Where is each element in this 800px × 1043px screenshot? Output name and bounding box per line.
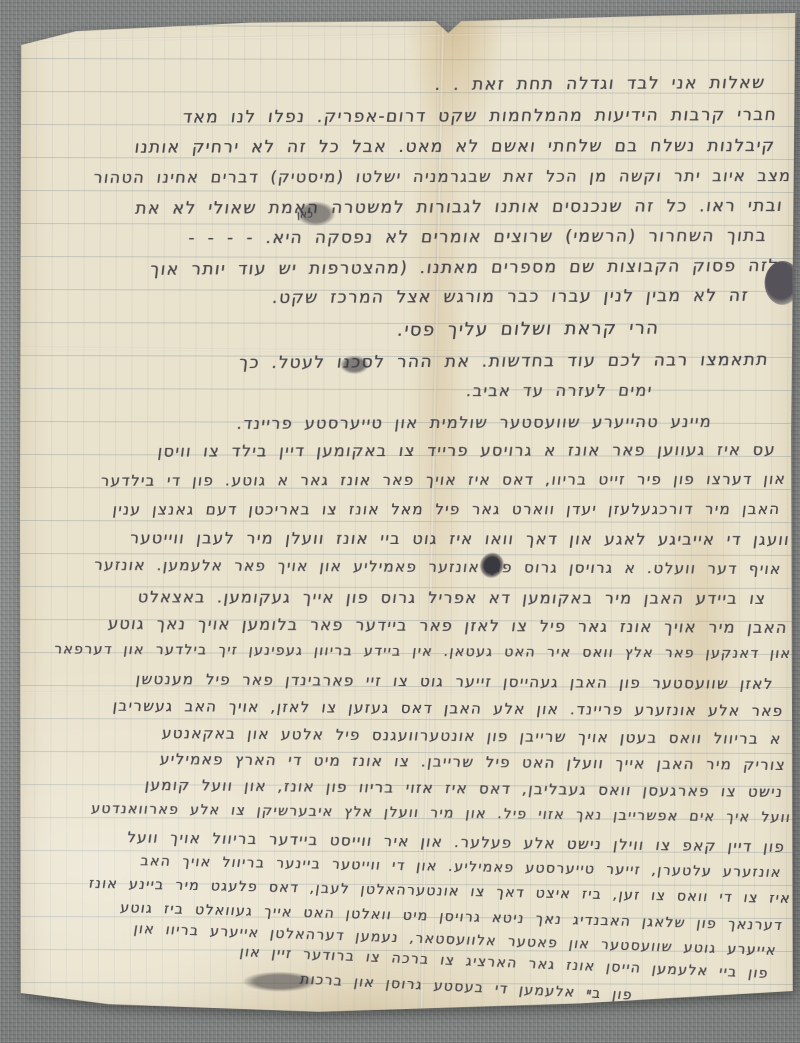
handwriting-line: הרי קראת ושלום עליך פסי. bbox=[396, 318, 661, 341]
handwriting-line: תתאמצו רבה לכם עוד בחדשות. את ההר לסכנו … bbox=[237, 350, 769, 373]
handwriting-line: א בריוול וואס בעטן אויך שרייבן פון אונטע… bbox=[161, 724, 783, 748]
handwriting-line: צוריק מיר האבן אייך וועלן האט פיל שרייבן… bbox=[158, 750, 786, 774]
handwriting-line: לאזן שוועסטער פון האבן געהייסן זייער גוט… bbox=[135, 670, 775, 693]
handwriting-line: ימים לעזרה עד אביב. bbox=[465, 381, 654, 400]
handwriting-line: וועגן די אייביגע לאגע און דאך וואו איז ג… bbox=[129, 528, 791, 549]
handwriting-line: פון דיין קאפ צו ווילן נישט אלע פעלער. או… bbox=[126, 828, 786, 856]
handwriting-line: חברי קרבות הידיעות מהמלחמות שקט דרום-אפר… bbox=[181, 105, 778, 128]
handwriting-line: לזה פסוק הקבוצות שם מספרים מאתנו. (מהצטר… bbox=[148, 256, 779, 280]
handwriting-line: ובתי ראו. כל זה שנכנסים אותנו לגבורות למ… bbox=[134, 196, 784, 219]
heavy-ink-word bbox=[243, 972, 317, 992]
handwriting-line: עס איז געווען פאר אונז א גרויסע פרייד צו… bbox=[157, 440, 777, 461]
handwriting-line: נישט צו פארגעסן וואס געבליבן, דאס איז אז… bbox=[144, 776, 785, 801]
heavy-ink-word bbox=[297, 202, 335, 226]
handwriting-line: בתוך השחרור (הרשמי) שרוצים אומרים לא נפס… bbox=[187, 226, 768, 249]
handwriting-line: צו ביידע האבן מיר באקומען דא אפריל גרוס … bbox=[136, 587, 767, 608]
handwriting-line: זה לא מבין לנין עברו כבר מורגש אצל המרכז… bbox=[271, 286, 750, 308]
handwriting-line: וועל איך אים אפשרייבן נאך אזוי פיל. און … bbox=[90, 801, 792, 826]
handwriting-line: האבן מיר אויך אונז גאר פיל צו לאזן פאר ב… bbox=[107, 614, 789, 637]
handwriting-line: און דאנקען פאר אלץ וואס איר האט געטאן. א… bbox=[53, 642, 792, 662]
handwriting-line: קיבלנות נשלח בם שלחתי ואשם לא מאט. אבל כ… bbox=[133, 136, 776, 158]
handwriting-line: האבן מיר דורכגעלעזן יעדן ווארט גאר פיל מ… bbox=[111, 500, 781, 519]
handwriting-line: מיינע טהייערע שוועסטער שולמית און טייערס… bbox=[236, 412, 713, 433]
handwriting-line: פון בײ אלעמען די בעסטע גרוסן און ברכות bbox=[299, 972, 634, 1004]
handwriting-line: אונזערע עלטערן, זייער טייערסטע פאמיליע. … bbox=[139, 853, 782, 881]
handwriting-line: און דערצו פון פיר זייט בריוו, דאס איז או… bbox=[100, 470, 787, 490]
handwriting-line: מצב איוב יתר וקשה מן הכל זאת שבגרמניה יש… bbox=[92, 166, 792, 187]
handwriting-lines: שאלות אני לבד וגדלה תחת זאת . .חברי קרבו… bbox=[19, 11, 796, 1017]
photo-scene: שאלות אני לבד וגדלה תחת זאת . .חברי קרבו… bbox=[0, 0, 800, 1043]
handwriting-line: שאלות אני לבד וגדלה תחת זאת . . bbox=[433, 73, 766, 95]
letter-paper: שאלות אני לבד וגדלה תחת זאת . .חברי קרבו… bbox=[19, 11, 796, 1017]
handwriting-line: פאר אלע אונזערע פריינד. און אלע האבן דאס… bbox=[112, 697, 785, 720]
heavy-ink-word bbox=[340, 356, 368, 374]
paper-sheet: שאלות אני לבד וגדלה תחת זאת . .חברי קרבו… bbox=[19, 11, 796, 1017]
handwriting-line: אויף דער וועלט. א גרויסן גרוס פון אונזער… bbox=[93, 556, 783, 578]
